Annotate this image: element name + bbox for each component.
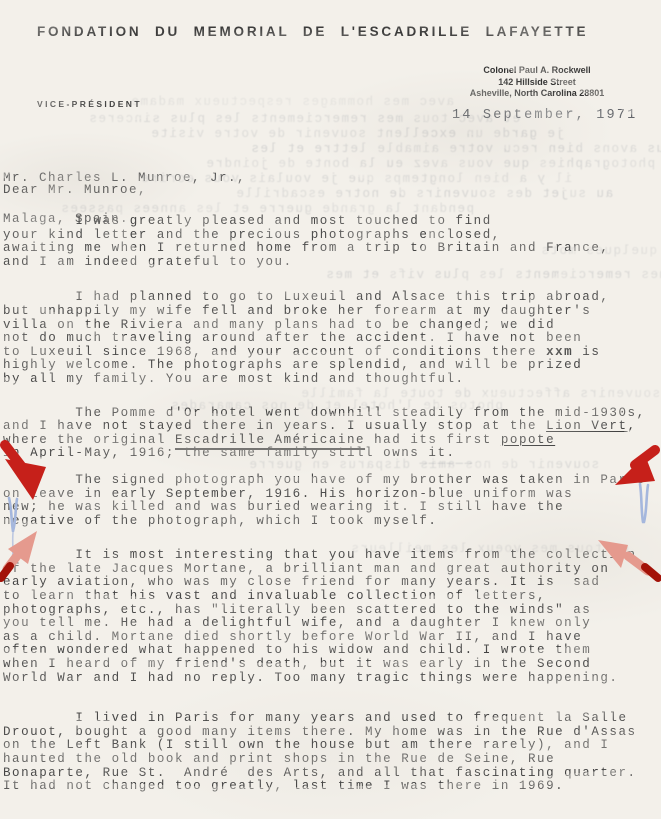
text-segment: , [628,419,637,433]
text-segment: haunted the old book and print shops in … [3,752,555,766]
date-line: 14 September, 1971 [452,108,637,123]
text-segment: xxm [546,345,573,359]
text-segment: The Pomme d'Or hotel went downhill stead… [3,406,646,420]
text-line: highly welcome. The photographs are sple… [3,359,661,373]
text-line: negative of the photograph, which I took… [3,515,661,529]
text-segment: popote [501,433,555,447]
letterhead-title: FONDATION DU MEMORIAL DE L'ESCADRILLE LA… [37,24,588,39]
text-line: you tell me. He had a delightful wife, a… [3,617,661,631]
text-line: not do much traveling around after the a… [3,332,661,346]
text-line: I lived in Paris for many years and used… [3,712,661,726]
text-segment: photographs, etc., has "literally been s… [3,603,591,617]
text-segment: to learn that his vast and invaluable co… [3,589,546,603]
text-line: Drouot, bought a good many items there. … [3,726,661,740]
text-segment: and I have not stayed there in years. I … [3,419,546,433]
bleed-through-line: nous avons bien recu votre aimable lettr… [250,142,661,156]
text-line: photographs, etc., has "literally been s… [3,604,661,618]
text-segment: negative of the photograph, which I took… [3,514,437,528]
text-line: and I am indeed grateful to you. [3,256,661,270]
sender-name: Colonel Paul A. Rockwell [458,65,616,77]
text-line: on leave in early September, 1916. His h… [3,488,661,502]
text-segment: on leave in early September, 1916. His h… [3,487,573,501]
text-line: I was greatly pleased and most touched t… [3,215,661,229]
text-line: to Luxeuil since 1968, and your account … [3,346,661,360]
text-segment: It is most interesting that you have ite… [3,548,637,562]
text-segment: villa on the Riviera and many plans had … [3,318,555,332]
text-segment: It had not changed too greatly, last tim… [3,779,564,793]
text-segment: Bonaparte, Rue St. André des Arts, and a… [3,766,637,780]
text-segment: awaiting me when I returned home from a … [3,241,609,255]
letter-page: FONDATION DU MEMORIAL DE L'ESCADRILLE LA… [0,0,661,819]
text-line: It had not changed too greatly, last tim… [3,780,661,794]
letter-scan: FONDATION DU MEMORIAL DE L'ESCADRILLE LA… [0,0,661,819]
paragraph-5: It is most interesting that you have ite… [3,549,661,685]
text-segment: World War and I had no reply. Too many t… [3,671,618,685]
text-line: The signed photograph you have of my bro… [3,474,661,488]
text-segment: in April-May, 1916; the same family stil… [3,446,456,460]
text-segment: Lion Vert [546,419,627,433]
bleed-through-line: je garde un excellent souvenir de votre … [150,127,564,141]
text-segment: early aviation, who was my close friend … [3,575,600,589]
text-line: on the Left Bank (I still own the house … [3,739,661,753]
vice-president-title: VICE-PRÉSIDENT [37,99,142,109]
text-line: The Pomme d'Or hotel went downhill stead… [3,407,661,421]
sender-street: 142 Hillside Street [458,77,616,89]
text-line: often wondered what happened to his wido… [3,644,661,658]
text-segment: Escadrille Américaine [175,433,365,447]
text-segment: as a child. Mortane died shortly before … [3,630,582,644]
text-line: awaiting me when I returned home from a … [3,242,661,256]
text-line: Bonaparte, Rue St. André des Arts, and a… [3,767,661,781]
sender-city: Asheville, North Carolina 28801 [458,88,616,100]
text-line: where the original Escadrille Américaine… [3,434,661,448]
text-segment: Drouot, bought a good many items there. … [3,725,637,739]
text-segment: often wondered what happened to his wido… [3,643,591,657]
text-line: World War and I had no reply. Too many t… [3,672,661,686]
text-line: I had planned to go to Luxeuil and Alsac… [3,291,661,305]
text-segment: your kind letter and the precious photog… [3,228,501,242]
bleed-through-line: au sujet des souvenirs de notre escadril… [235,187,613,201]
paragraph-4: The signed photograph you have of my bro… [3,474,661,528]
text-line: by all my family. You are most kind and … [3,373,661,387]
text-segment: not do much traveling around after the a… [3,331,582,345]
bleed-through-line: photographies que vous avez eu la bonte … [205,157,655,171]
text-segment: when I heard of my friend's death, but i… [3,657,591,671]
text-segment: The signed photograph you have of my bro… [3,473,646,487]
bleed-through-line: avec mes hommages respectueux madame [130,95,454,109]
text-line: but unhappily my wife fell and broke her… [3,305,661,319]
text-segment: had its first [365,433,501,447]
paragraph-3: The Pomme d'Or hotel went downhill stead… [3,407,661,461]
text-line: new; he was killed and was buried wearin… [3,501,661,515]
paragraph-6: I lived in Paris for many years and used… [3,712,661,794]
text-segment: where the original [3,433,175,447]
text-segment: by all my family. You are most kind and … [3,372,465,386]
text-segment: to Luxeuil since 1968, and your account … [3,345,546,359]
text-line: as a child. Mortane died shortly before … [3,631,661,645]
text-segment: I had planned to go to Luxeuil and Alsac… [3,290,609,304]
text-line: haunted the old book and print shops in … [3,753,661,767]
text-line: in April-May, 1916; the same family stil… [3,447,661,461]
text-segment: I was greatly pleased and most touched t… [3,214,492,228]
text-line: early aviation, who was my close friend … [3,576,661,590]
text-segment: highly welcome. The photographs are sple… [3,358,582,372]
sender-address-block: Colonel Paul A. Rockwell 142 Hillside St… [458,65,616,100]
text-segment: but unhappily my wife fell and broke her… [3,304,591,318]
letter-body: I was greatly pleased and most touched t… [3,215,661,813]
text-segment: of the late Jacques Mortane, a brilliant… [3,562,609,576]
text-line: your kind letter and the precious photog… [3,229,661,243]
paragraph-1: I was greatly pleased and most touched t… [3,215,661,269]
paragraph-2: I had planned to go to Luxeuil and Alsac… [3,291,661,386]
text-segment: is [573,345,600,359]
text-segment: you tell me. He had a delightful wife, a… [3,616,591,630]
text-segment: new; he was killed and was buried wearin… [3,500,564,514]
text-line: and I have not stayed there in years. I … [3,420,661,434]
text-line: to learn that his vast and invaluable co… [3,590,661,604]
text-segment: and I am indeed grateful to you. [3,255,293,269]
text-line: It is most interesting that you have ite… [3,549,661,563]
text-segment: on the Left Bank (I still own the house … [3,738,609,752]
text-line: villa on the Riviera and many plans had … [3,319,661,333]
text-line: when I heard of my friend's death, but i… [3,658,661,672]
text-line: of the late Jacques Mortane, a brilliant… [3,563,661,577]
salutation: Dear Mr. Munroe, [3,183,147,197]
text-segment: I lived in Paris for many years and used… [3,711,628,725]
